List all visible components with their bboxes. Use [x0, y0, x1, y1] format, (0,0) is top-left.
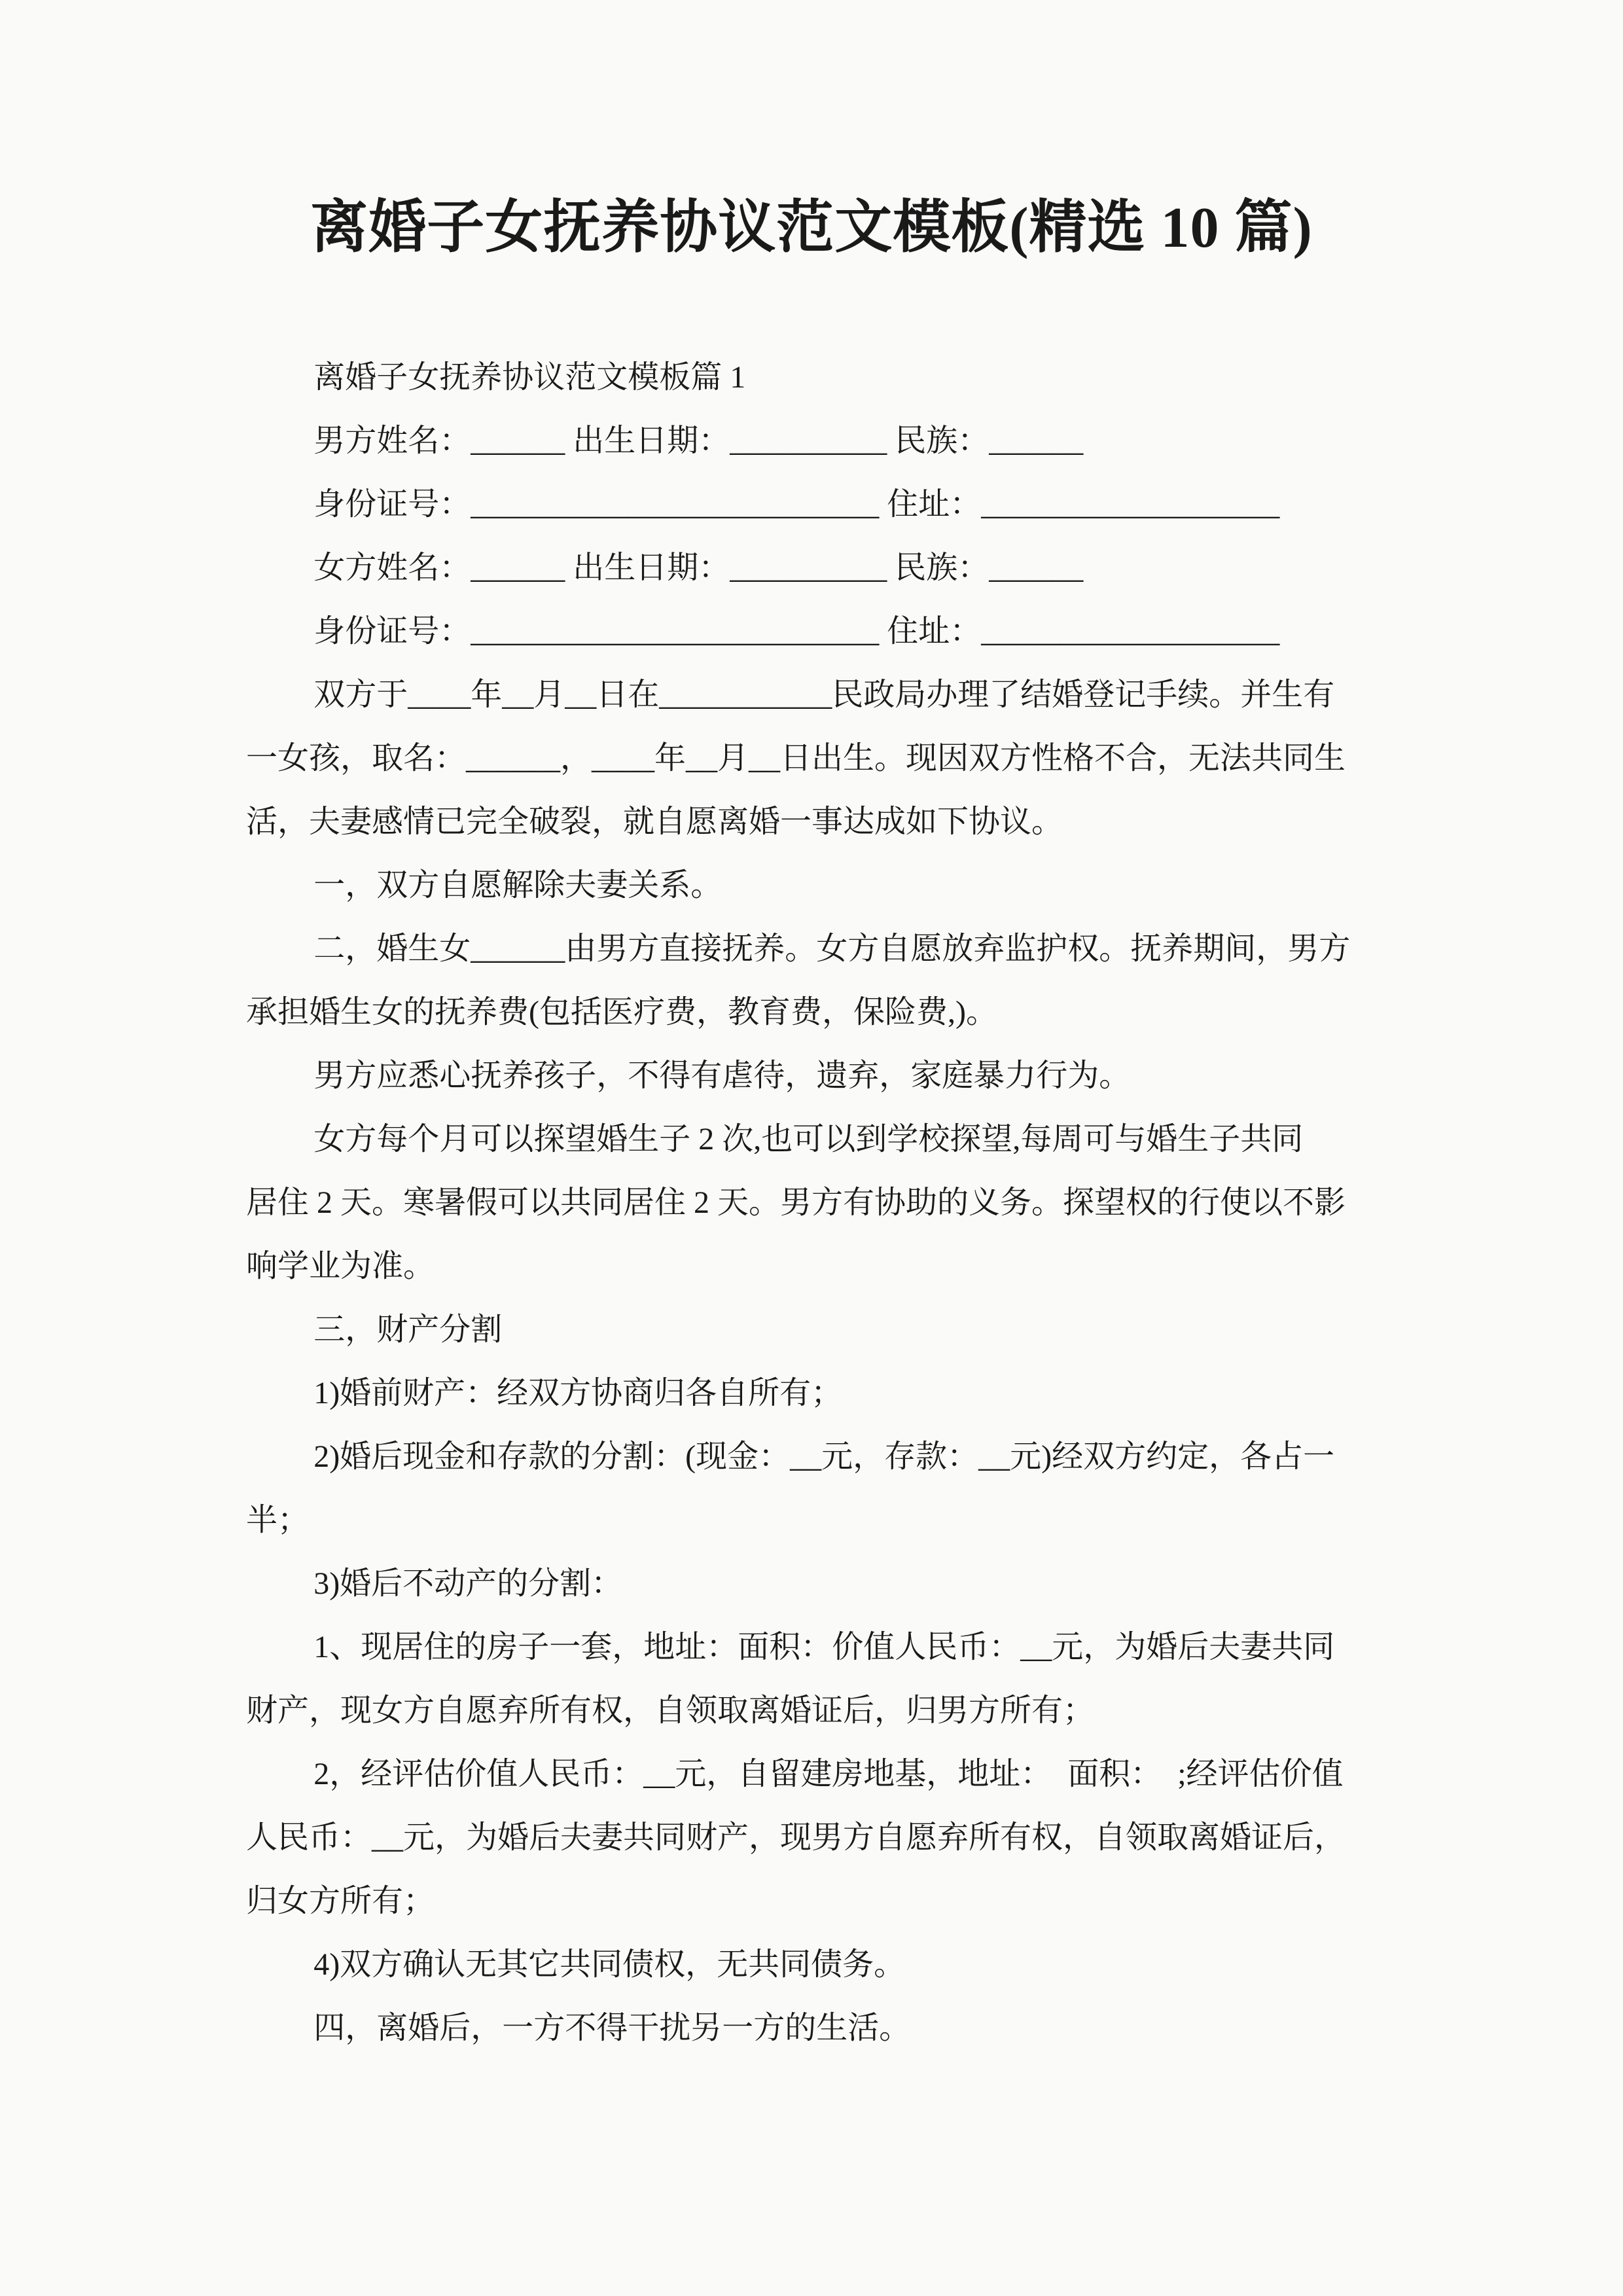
paragraph-line: 离婚子女抚养协议范文模板篇 1 — [246, 346, 1376, 409]
paragraph-line: 1、现居住的房子一套，地址：面积：价值人民币：__元，为婚后夫妻共同 — [246, 1615, 1376, 1679]
paragraph-line: 半； — [246, 1488, 1376, 1552]
paragraph-line: 一，双方自愿解除夫妻关系。 — [246, 853, 1376, 917]
paragraph-line: 男方应悉心抚养孩子，不得有虐待，遗弃，家庭暴力行为。 — [246, 1044, 1376, 1107]
document-title: 离婚子女抚养协议范文模板(精选 10 篇) — [0, 0, 1623, 266]
paragraph-line: 承担婚生女的抚养费(包括医疗费，教育费，保险费,)。 — [246, 980, 1376, 1044]
paragraph-line: 身份证号：__________________________ 住址：_____… — [246, 473, 1376, 536]
paragraph-line: 2，经评估价值人民币：__元，自留建房地基，地址： 面积： ;经评估价值 — [246, 1742, 1376, 1806]
paragraph-line: 居住 2 天。寒暑假可以共同居住 2 天。男方有协助的义务。探望权的行使以不影 — [246, 1171, 1376, 1234]
paragraph-line: 男方姓名：______ 出生日期：__________ 民族：______ — [246, 409, 1376, 473]
paragraph-line: 4)双方确认无其它共同债权，无共同债务。 — [246, 1933, 1376, 1996]
paragraph-line: 身份证号：__________________________ 住址：_____… — [246, 600, 1376, 663]
paragraph-line: 归女方所有； — [246, 1869, 1376, 1933]
paragraph-line: 一女孩，取名：______，____年__月__日出生。现因双方性格不合，无法共… — [246, 726, 1376, 790]
paragraph-line: 女方每个月可以探望婚生子 2 次,也可以到学校探望,每周可与婚生子共同 — [246, 1107, 1376, 1171]
paragraph-line: 2)婚后现金和存款的分割：(现金：__元，存款：__元)经双方约定，各占一 — [246, 1425, 1376, 1488]
paragraph-line: 人民币：__元，为婚后夫妻共同财产，现男方自愿弃所有权，自领取离婚证后， — [246, 1806, 1376, 1869]
document-body: 离婚子女抚养协议范文模板篇 1男方姓名：______ 出生日期：________… — [246, 346, 1376, 2060]
paragraph-line: 1)婚前财产：经双方协商归各自所有； — [246, 1361, 1376, 1425]
paragraph-line: 活，夫妻感情已完全破裂，就自愿离婚一事达成如下协议。 — [246, 790, 1376, 853]
paragraph-line: 双方于____年__月__日在___________民政局办理了结婚登记手续。并… — [246, 663, 1376, 726]
paragraph-line: 响学业为准。 — [246, 1234, 1376, 1298]
paragraph-line: 三，财产分割 — [246, 1298, 1376, 1361]
paragraph-line: 二，婚生女______由男方直接抚养。女方自愿放弃监护权。抚养期间，男方 — [246, 917, 1376, 980]
paragraph-line: 女方姓名：______ 出生日期：__________ 民族：______ — [246, 536, 1376, 600]
document-page: 离婚子女抚养协议范文模板(精选 10 篇) 离婚子女抚养协议范文模板篇 1男方姓… — [0, 0, 1623, 2296]
paragraph-line: 财产，现女方自愿弃所有权，自领取离婚证后，归男方所有； — [246, 1679, 1376, 1742]
paragraph-line: 3)婚后不动产的分割： — [246, 1552, 1376, 1615]
paragraph-line: 四，离婚后，一方不得干扰另一方的生活。 — [246, 1996, 1376, 2060]
